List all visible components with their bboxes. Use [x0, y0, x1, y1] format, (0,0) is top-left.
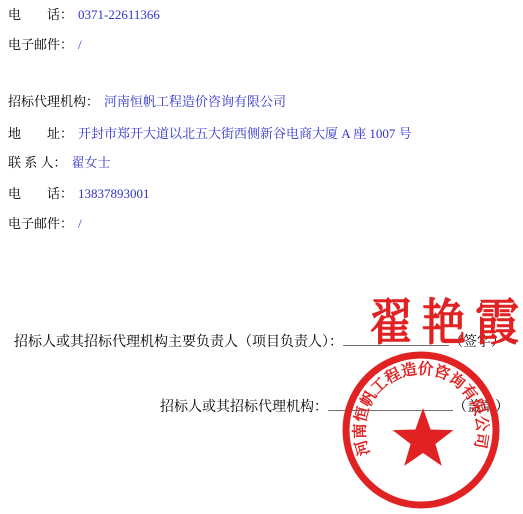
signature-name-stamp: 翟艳霞 — [369, 299, 523, 348]
contact-row-phone-1: 电 话：0371-22611366 — [8, 7, 160, 22]
contact-row-phone-2: 电 话：13837893001 — [8, 186, 150, 201]
contact-row-contact-person: 联 系 人：翟女士 — [8, 155, 111, 170]
leader-signature-label: 招标人或其招标代理机构主要负责人（项目负责人）： — [14, 335, 343, 350]
field-value: 开封市郑开大道以北五大街西侧新谷电商大厦 A 座 1007 号 — [78, 126, 412, 141]
field-label: 电 话： — [8, 7, 73, 22]
contact-row-email-1: 电子邮件：/ — [8, 37, 82, 52]
field-label: 电子邮件： — [8, 37, 73, 52]
field-value: / — [78, 37, 82, 52]
company-seal: 河南恒帆工程造价咨询有限公司 — [336, 345, 506, 514]
contact-row-agency: 招标代理机构：河南恒帆工程造价咨询有限公司 — [8, 94, 286, 109]
contact-row-address: 地 址：开封市郑开大道以北五大街西侧新谷电商大厦 A 座 1007 号 — [8, 126, 412, 141]
field-label: 电 话： — [8, 186, 73, 201]
field-value: 0371-22611366 — [78, 7, 160, 22]
document-page: 电 话：0371-22611366 电子邮件：/ 招标代理机构：河南恒帆工程造价… — [0, 0, 523, 514]
field-value: 河南恒帆工程造价咨询有限公司 — [104, 94, 286, 109]
field-value: 翟女士 — [72, 155, 111, 170]
field-label: 地 址： — [8, 126, 73, 141]
field-label: 电子邮件： — [8, 216, 73, 231]
field-label: 招标代理机构： — [8, 94, 99, 109]
contact-row-email-2: 电子邮件：/ — [8, 216, 82, 231]
agency-signature-label: 招标人或其招标代理机构： — [160, 400, 328, 415]
field-value: / — [78, 216, 82, 231]
field-value: 13837893001 — [78, 186, 150, 201]
field-label: 联 系 人： — [8, 155, 67, 170]
star-icon — [393, 408, 454, 466]
